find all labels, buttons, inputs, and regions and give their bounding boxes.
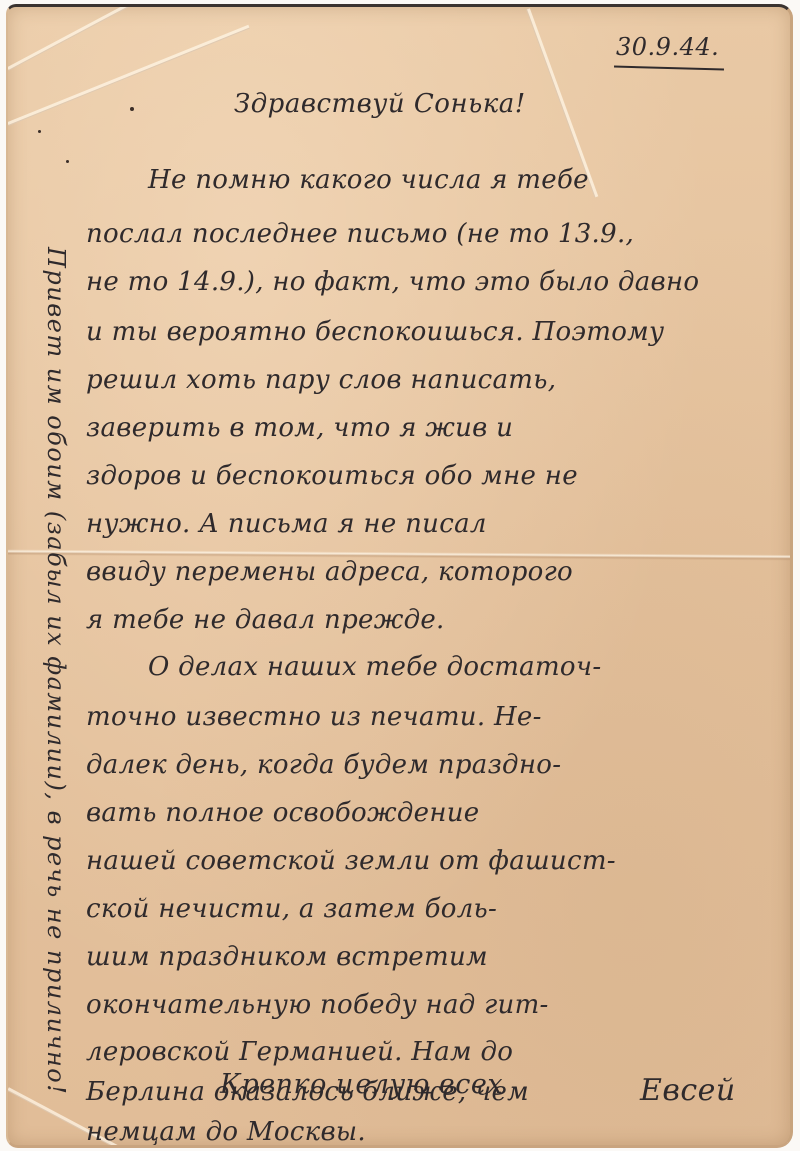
letter-date: 30.9.44. (616, 33, 719, 61)
body-line: О делах наших тебе достаточ- (148, 652, 601, 682)
body-line: нужно. А письма я не писал (86, 509, 487, 539)
postcard: 30.9.44. Здравствуй Сонька! Не помню как… (6, 4, 793, 1148)
margin-note-vertical: Привет им обоим (забыл их фамилии), в ре… (30, 247, 70, 1127)
date-underline (614, 66, 724, 71)
body-line: послал последнее письмо (не то 13.9., (86, 219, 634, 249)
body-line: здоров и беспокоиться обо мне не (86, 461, 578, 491)
body-line: далек день, когда будем праздно- (86, 750, 561, 780)
body-line: нашей советской земли от фашист- (86, 846, 616, 876)
body-line: немцам до Москвы. (86, 1117, 366, 1147)
body-line: я тебе не давал прежде. (86, 605, 445, 635)
ink-speck (130, 107, 134, 111)
body-line: ввиду перемены адреса, которого (86, 557, 573, 587)
body-line: шим праздником встретим (86, 942, 488, 972)
letter-signature: Евсей (640, 1073, 736, 1108)
body-line: и ты вероятно беспокоишься. Поэтому (86, 317, 664, 347)
body-line: заверить в том, что я жив и (86, 413, 513, 443)
body-line: ской нечисти, а затем боль- (86, 894, 497, 924)
body-line: Не помню какого числа я тебе (148, 165, 589, 195)
ink-speck (66, 160, 69, 163)
body-line: леровской Германией. Нам до (86, 1037, 513, 1067)
body-line: окончательную победу над гит- (86, 990, 549, 1020)
body-line: решил хоть пару слов написать, (86, 365, 556, 395)
body-line: точно известно из печати. Не- (86, 702, 542, 732)
letter-greeting: Здравствуй Сонька! (234, 89, 526, 119)
paper-crease (7, 4, 203, 71)
body-line: вать полное освобождение (86, 798, 480, 828)
body-line: не то 14.9.), но факт, что это было давн… (86, 267, 699, 297)
ink-speck (38, 130, 41, 133)
paper-crease (7, 25, 250, 126)
letter-signoff: Крепко целую всех (220, 1069, 503, 1100)
